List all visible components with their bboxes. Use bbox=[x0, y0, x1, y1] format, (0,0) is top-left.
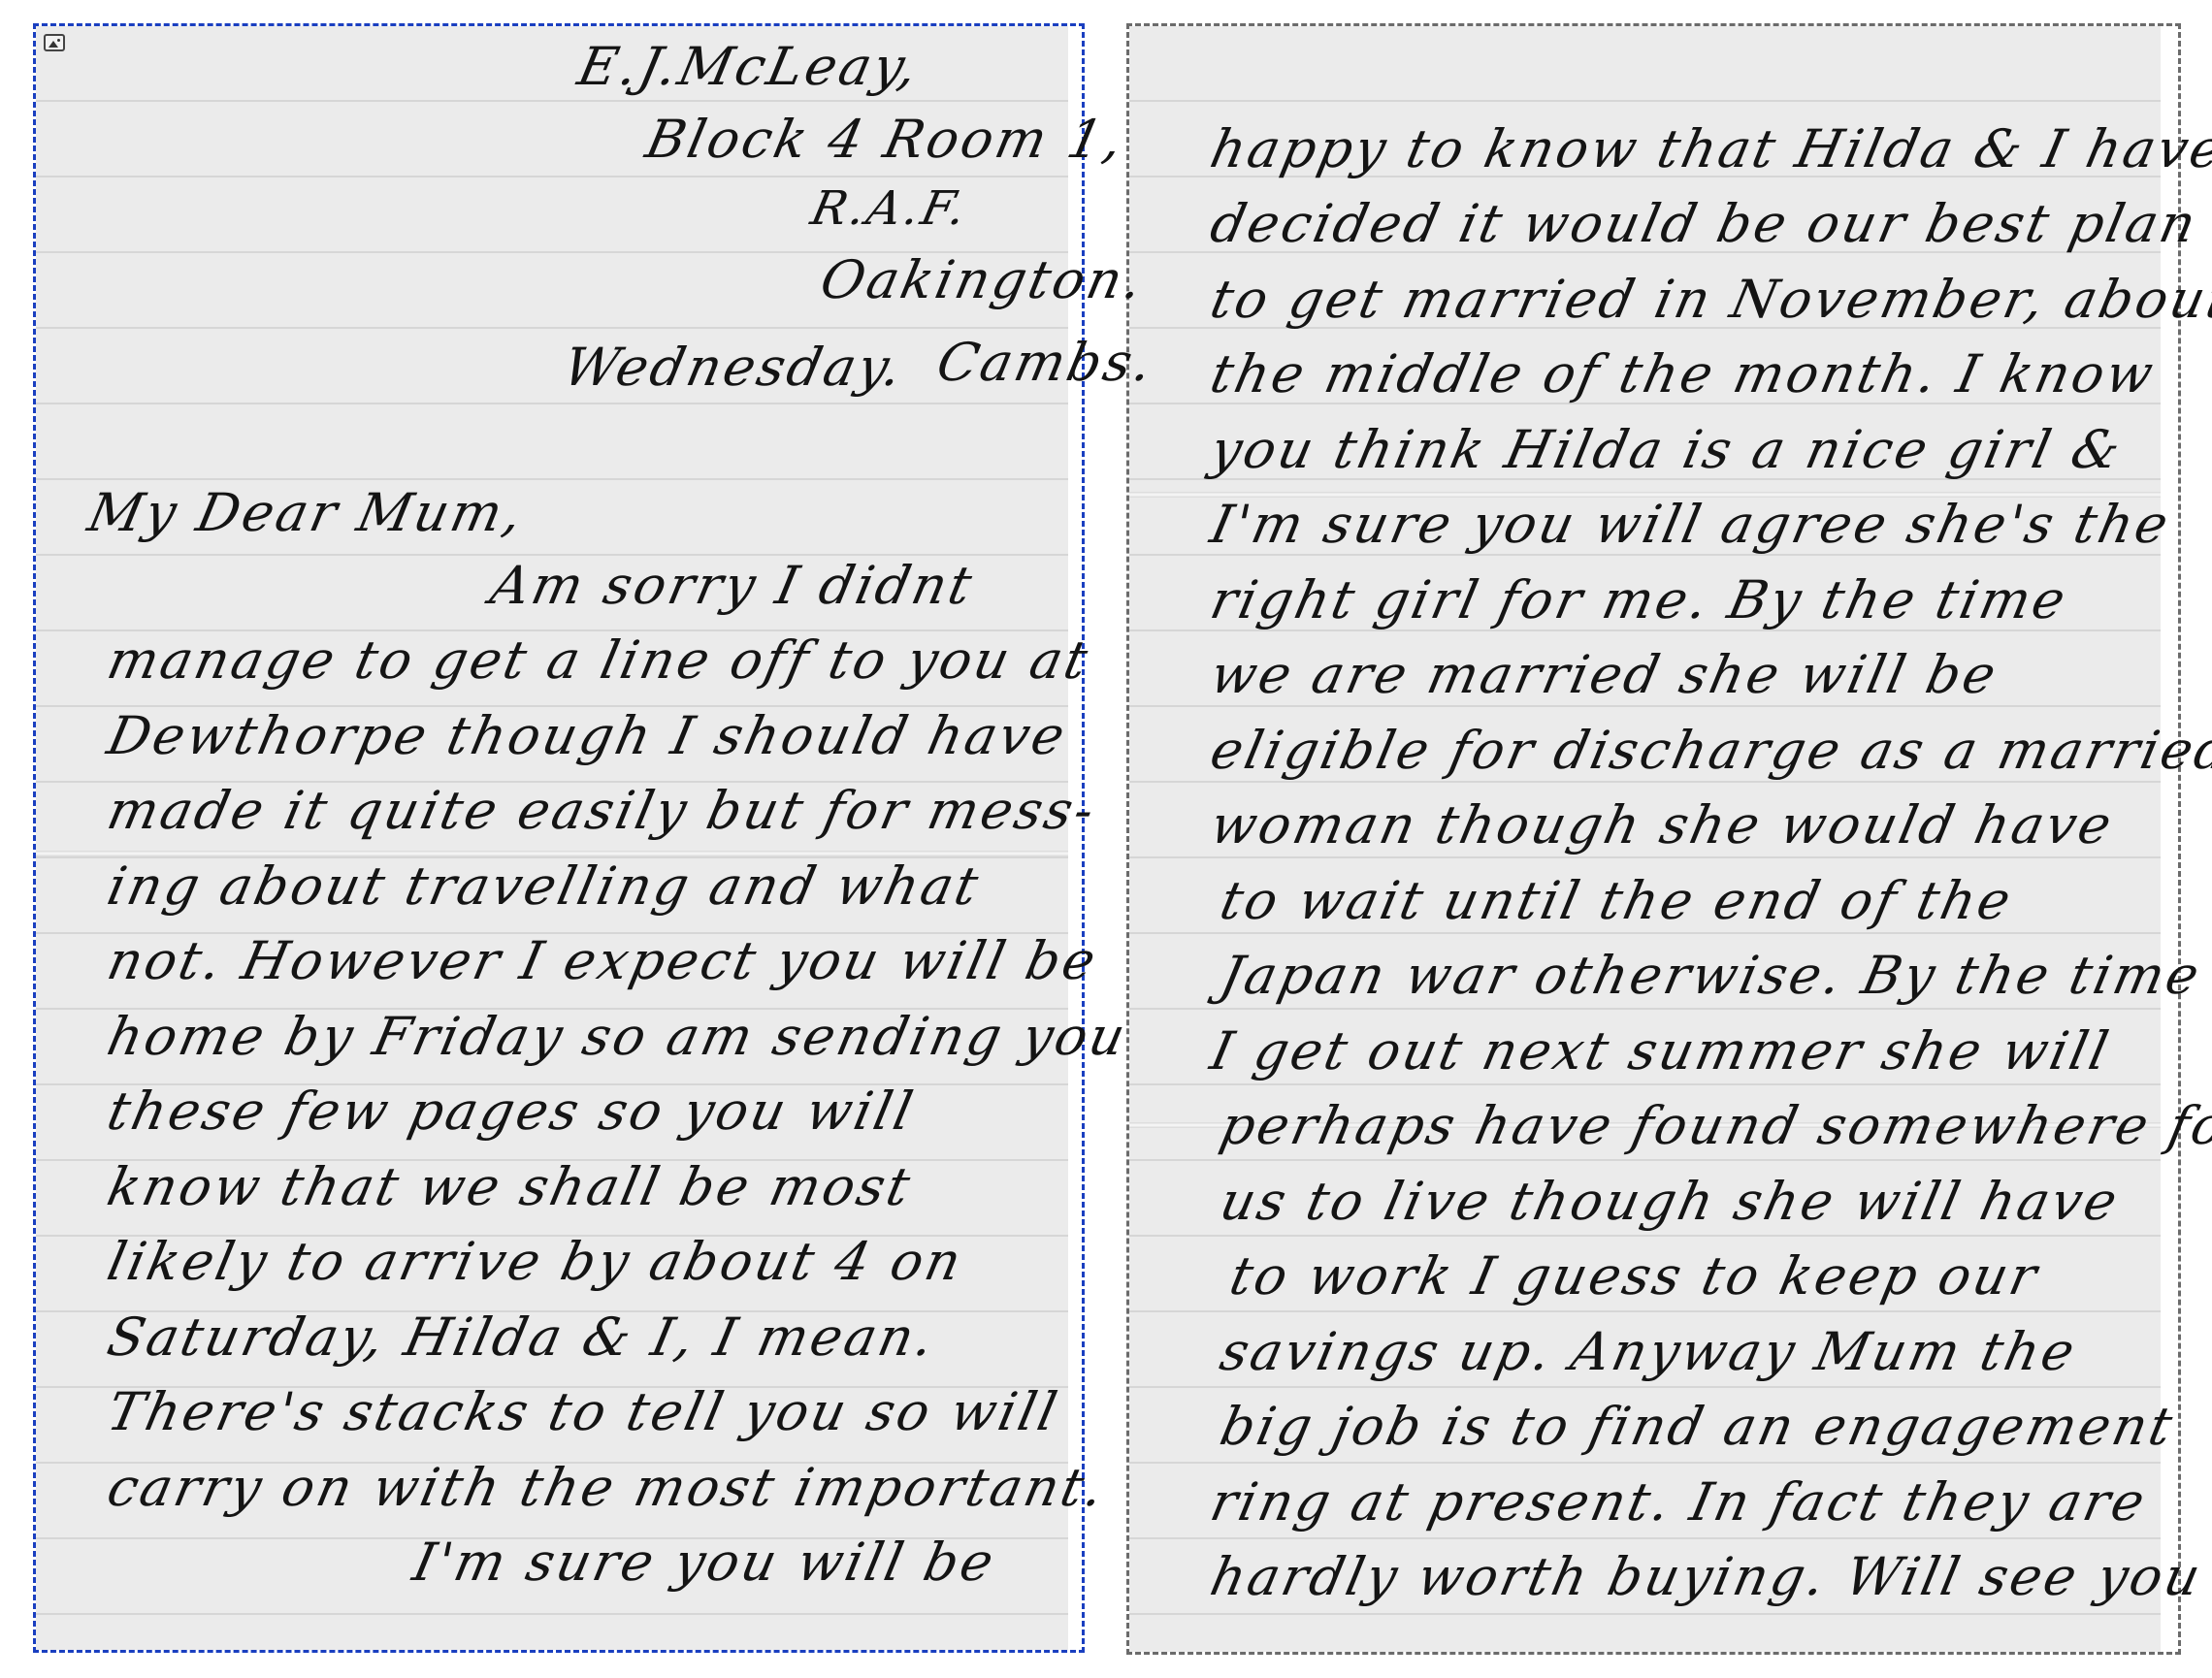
letter-line: us to live though she will have bbox=[1215, 1171, 2125, 1232]
letter-line: Dewthorpe though I should have bbox=[102, 705, 1072, 766]
letter-line: you think Hilda is a nice girl & bbox=[1205, 419, 2128, 480]
letter-line: the middle of the month. I know bbox=[1205, 343, 2161, 404]
letter-line: to get married in November, about bbox=[1205, 269, 2212, 330]
letter-line: carry on with the most important. bbox=[102, 1457, 1112, 1518]
image-icon bbox=[44, 34, 65, 51]
letter-line: hardly worth buying. Will see you bbox=[1205, 1546, 2208, 1607]
letter-line: ring at present. In fact they are bbox=[1205, 1471, 2153, 1533]
letter-line: eligible for discharge as a married bbox=[1205, 720, 2212, 781]
letter-line: Am sorry I didnt bbox=[485, 555, 980, 616]
letter-line: know that we shall be most bbox=[102, 1156, 918, 1217]
letter-line: we are married she will be bbox=[1205, 644, 2003, 705]
letter-line: happy to know that Hilda & I have bbox=[1205, 118, 2212, 179]
letter-line: these few pages so you will bbox=[102, 1081, 921, 1142]
letter-line: big job is to find an engagement bbox=[1215, 1396, 2180, 1457]
letter-line: right girl for me. By the time bbox=[1205, 569, 2073, 630]
letter-line: woman though she would have bbox=[1205, 794, 2119, 855]
letter-line: to wait until the end of the bbox=[1215, 870, 2018, 931]
letter-line: decided it would be our best plan bbox=[1205, 193, 2203, 254]
letter-line: savings up. Anyway Mum the bbox=[1215, 1321, 2082, 1382]
letter-line: not. However I expect you will be bbox=[102, 930, 1103, 991]
letter-page-2-frame[interactable]: happy to know that Hilda & I have decide… bbox=[1126, 23, 2181, 1655]
letter-page-1-frame[interactable]: E.J.McLeay, Block 4 Room 1, R.A.F. Oakin… bbox=[33, 23, 1085, 1653]
sender-address-line-3: Oakington. bbox=[815, 249, 1150, 310]
letter-line: There's stacks to tell you so will bbox=[102, 1381, 1064, 1442]
letter-line: perhaps have found somewhere for bbox=[1215, 1095, 2212, 1156]
letter-line: Saturday, Hilda & I, I mean. bbox=[102, 1307, 942, 1368]
letter-line: to work I guess to keep our bbox=[1224, 1245, 2044, 1307]
letter-day: Wednesday. bbox=[558, 337, 910, 398]
letter-line: I get out next summer she will bbox=[1205, 1020, 2116, 1081]
salutation: My Dear Mum, bbox=[82, 482, 530, 543]
sender-address-line-1: Block 4 Room 1, bbox=[640, 109, 1130, 170]
letter-line: I'm sure you will be bbox=[407, 1532, 1001, 1593]
letter-line: Japan war otherwise. By the time bbox=[1215, 945, 2207, 1006]
letter-line: manage to get a line off to you at bbox=[102, 629, 1095, 691]
letter-line: made it quite easily but for mess- bbox=[102, 780, 1102, 841]
letter-page-2-scan: happy to know that Hilda & I have decide… bbox=[1129, 26, 2161, 1652]
letter-line: I'm sure you will agree she's the bbox=[1205, 494, 2176, 555]
sender-county: Cambs. bbox=[931, 332, 1160, 393]
sender-name: E.J.McLeay, bbox=[572, 36, 926, 97]
letter-line: home by Friday so am sending you bbox=[102, 1006, 1133, 1067]
sender-address-line-2: R.A.F. bbox=[806, 181, 973, 236]
letter-page-1-scan: E.J.McLeay, Block 4 Room 1, R.A.F. Oakin… bbox=[36, 26, 1068, 1650]
letter-line: ing about travelling and what bbox=[102, 855, 986, 917]
letter-line: likely to arrive by about 4 on bbox=[102, 1231, 969, 1292]
